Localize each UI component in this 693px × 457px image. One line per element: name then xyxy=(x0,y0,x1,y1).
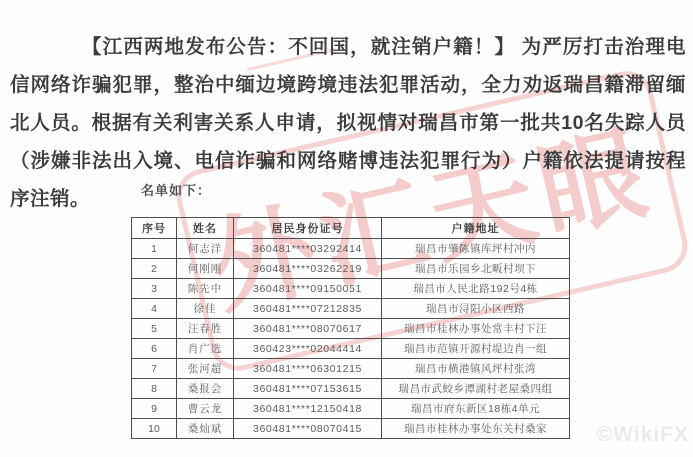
cell-id-number: 360481****07153615 xyxy=(234,379,382,399)
table-row: 2何刚刚360481****03262219瑞昌市乐园乡北畈村坝下 xyxy=(132,259,570,279)
table-row: 8桑报会360481****07153615瑞昌市武蛟乡潭湖村老屋桑四组 xyxy=(132,379,570,399)
cell-name: 桑灿斌 xyxy=(177,419,234,439)
cell-id-number: 360481****03262219 xyxy=(234,259,382,279)
cell-serial-number: 8 xyxy=(132,379,177,399)
cell-address: 瑞昌市人民北路192号4栋 xyxy=(382,279,570,299)
cell-id-number: 360423****02044414 xyxy=(234,339,382,359)
cell-name: 肖广选 xyxy=(177,339,234,359)
table-row: 4徐佳360481****07212835瑞昌市浔阳小区西路 xyxy=(132,299,570,319)
table-body: 1何志洋360481****03292414瑞昌市肇陈镇库坪村冲内2何刚刚360… xyxy=(132,239,570,439)
cell-serial-number: 9 xyxy=(132,399,177,419)
announcement-paragraph: 【江西两地发布公告：不回国，就注销户籍！】 为严厉打击治理电信网络诈骗犯罪，整治… xyxy=(10,28,686,218)
cell-serial-number: 10 xyxy=(132,419,177,439)
cell-serial-number: 3 xyxy=(132,279,177,299)
cell-address: 瑞昌市肇陈镇库坪村冲内 xyxy=(382,239,570,259)
cell-serial-number: 2 xyxy=(132,259,177,279)
cell-name: 桑报会 xyxy=(177,379,234,399)
cell-id-number: 360481****08070415 xyxy=(234,419,382,439)
cell-id-number: 360481****08070617 xyxy=(234,319,382,339)
header-id-number: 居民身份证号 xyxy=(234,218,382,239)
cell-serial-number: 6 xyxy=(132,339,177,359)
table-header-row: 序号 姓名 居民身份证号 户籍地址 xyxy=(132,218,570,239)
table-row: 10桑灿斌360481****08070415瑞昌市桂林办事处东关村桑家 xyxy=(132,419,570,439)
cell-address: 瑞昌市乐园乡北畈村坝下 xyxy=(382,259,570,279)
cell-address: 瑞昌市武蛟乡潭湖村老屋桑四组 xyxy=(382,379,570,399)
cell-serial-number: 4 xyxy=(132,299,177,319)
header-address: 户籍地址 xyxy=(382,218,570,239)
table-row: 9曹云龙360481****12150418瑞昌市府东新区18栋4单元 xyxy=(132,399,570,419)
cell-address: 瑞昌市范镇开源村堤边肖一组 xyxy=(382,339,570,359)
cell-name: 曹云龙 xyxy=(177,399,234,419)
cell-address: 瑞昌市横港镇风坪村张湾 xyxy=(382,359,570,379)
cell-serial-number: 7 xyxy=(132,359,177,379)
roster-table: 序号 姓名 居民身份证号 户籍地址 1何志洋360481****03292414… xyxy=(131,217,570,439)
cell-name: 徐佳 xyxy=(177,299,234,319)
list-label: 名单如下： xyxy=(141,180,211,199)
cell-address: 瑞昌市浔阳小区西路 xyxy=(382,299,570,319)
cell-name: 陈先中 xyxy=(177,279,234,299)
wikifx-corner-watermark: ©WikiFX xyxy=(597,423,689,447)
cell-id-number: 360481****03292414 xyxy=(234,239,382,259)
cell-id-number: 360481****12150418 xyxy=(234,399,382,419)
cell-name: 汪春胜 xyxy=(177,319,234,339)
cell-name: 何志洋 xyxy=(177,239,234,259)
cell-id-number: 360481****07212835 xyxy=(234,299,382,319)
cell-serial-number: 5 xyxy=(132,319,177,339)
cell-serial-number: 1 xyxy=(132,239,177,259)
cell-name: 张河超 xyxy=(177,359,234,379)
cell-id-number: 360481****09150051 xyxy=(234,279,382,299)
cell-name: 何刚刚 xyxy=(177,259,234,279)
table-row: 7张河超360481****06301215瑞昌市横港镇风坪村张湾 xyxy=(132,359,570,379)
cell-address: 瑞昌市桂林办事处常丰村下汪 xyxy=(382,319,570,339)
cell-address: 瑞昌市桂林办事处东关村桑家 xyxy=(382,419,570,439)
cell-address: 瑞昌市府东新区18栋4单元 xyxy=(382,399,570,419)
header-name: 姓名 xyxy=(177,218,234,239)
cell-id-number: 360481****06301215 xyxy=(234,359,382,379)
header-serial-number: 序号 xyxy=(132,218,177,239)
table-row: 5汪春胜360481****08070617瑞昌市桂林办事处常丰村下汪 xyxy=(132,319,570,339)
table-row: 1何志洋360481****03292414瑞昌市肇陈镇库坪村冲内 xyxy=(132,239,570,259)
table-row: 3陈先中360481****09150051瑞昌市人民北路192号4栋 xyxy=(132,279,570,299)
table-row: 6肖广选360423****02044414瑞昌市范镇开源村堤边肖一组 xyxy=(132,339,570,359)
